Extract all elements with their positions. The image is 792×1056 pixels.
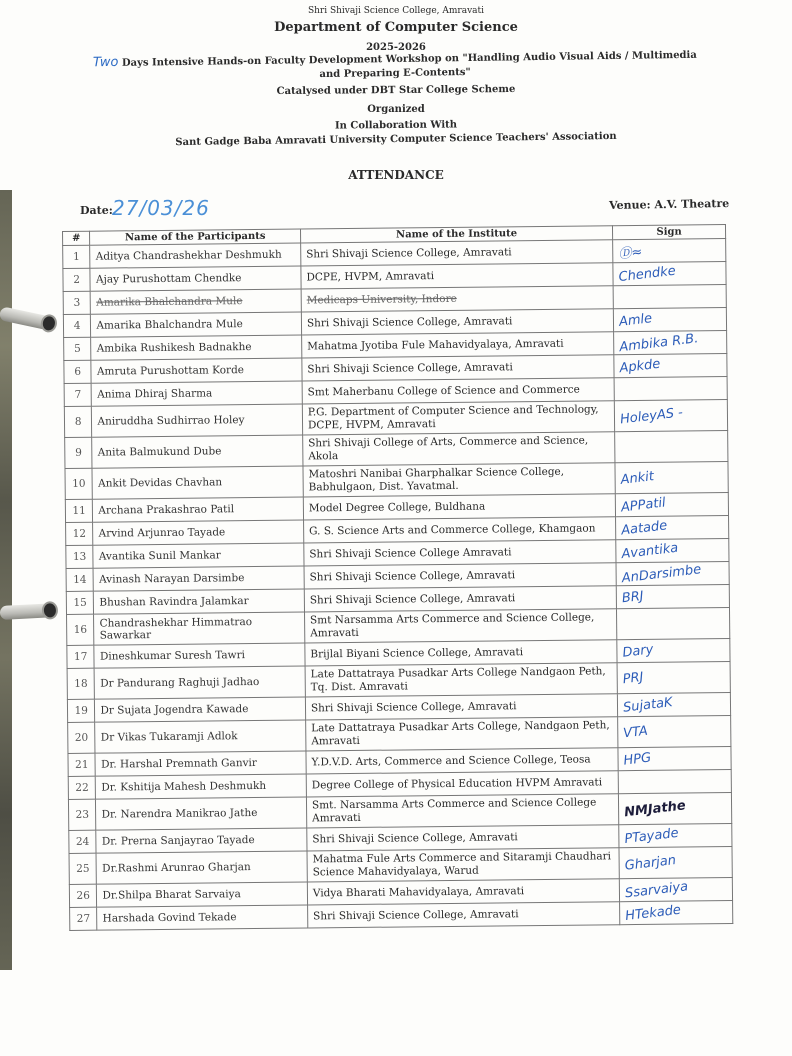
- institute-name: Mahatma Jyotiba Fule Mahavidyalaya, Amra…: [302, 332, 614, 358]
- signature-cell: Ⓓ≈: [613, 239, 726, 263]
- row-number: 16: [67, 614, 95, 645]
- row-number: 1: [63, 245, 91, 268]
- row-number: 10: [65, 468, 93, 499]
- signature-cell: AnDarsimbe: [616, 562, 729, 586]
- signature-cell: PRJ: [617, 662, 730, 694]
- participant-name: Archana Prakashrao Patil: [93, 497, 304, 522]
- row-number: 27: [70, 907, 98, 930]
- signature: Ssarvaiya: [624, 879, 689, 901]
- institute-name: Shri Shivaji Science College, Amravati: [307, 825, 619, 851]
- signature-cell: Chendke: [613, 262, 726, 286]
- participant-name: Avantika Sunil Mankar: [93, 543, 304, 568]
- signature-cell: Amle: [613, 308, 726, 332]
- signature: HTekade: [625, 902, 682, 923]
- signature-cell: PTayade: [619, 824, 732, 848]
- institute-name: Shri Shivaji Science College Amravati: [304, 540, 616, 566]
- participant-name: Amarika Bhalchandra Mule: [91, 312, 302, 337]
- signature-cell: BRJ: [616, 585, 729, 609]
- signature-cell: APPatil: [615, 493, 728, 517]
- row-number: 8: [64, 406, 92, 437]
- signature-cell: [617, 608, 730, 640]
- venue: Venue: A.V. Theatre: [609, 197, 729, 212]
- binder-ring-icon: [0, 603, 56, 620]
- signature: Aatade: [621, 518, 669, 538]
- institute-name: Shri Shivaji Science College, Amravati: [302, 355, 614, 381]
- participant-name: Aditya Chandrashekhar Deshmukh: [90, 243, 301, 268]
- signature: AnDarsimbe: [621, 562, 702, 586]
- row-number: 12: [66, 522, 94, 545]
- row-number: 19: [67, 699, 95, 722]
- signature-cell: Ankit: [615, 462, 728, 494]
- institute-name: Matoshri Nanibai Gharphalkar Science Col…: [303, 463, 615, 497]
- institute-name: Shri Shivaji Science College, Amravati: [304, 563, 616, 589]
- institute-name: Smt Narsamma Arts Commerce and Science C…: [304, 609, 616, 643]
- signature-cell: [618, 770, 731, 794]
- participant-name: Dr. Prerna Sanjayrao Tayade: [96, 828, 307, 853]
- institute-name: Y.D.V.D. Arts, Commerce and Science Coll…: [306, 748, 618, 774]
- participant-name: Ambika Rushikesh Badnakhe: [91, 335, 302, 360]
- institute-name: Late Dattatraya Pusadkar Arts College, N…: [306, 717, 618, 751]
- signature-cell: HTekade: [620, 901, 733, 925]
- row-number: 26: [69, 884, 97, 907]
- signature-cell: Aatade: [616, 516, 729, 540]
- row-number: 13: [66, 545, 94, 568]
- institute-name: Shri Shivaji Science College, Amravati: [304, 586, 616, 612]
- workshop-title-text: Days Intensive Hands-on Faculty Developm…: [122, 50, 697, 80]
- institute-name: Shri Shivaji Science College, Amravati: [301, 240, 613, 266]
- signature: Avantika: [621, 540, 679, 561]
- row-number: 6: [64, 360, 92, 383]
- row-number: 18: [67, 668, 95, 699]
- signature-cell: HoleyAS -: [614, 400, 727, 432]
- signature: VTA: [623, 723, 649, 741]
- signature-cell: HPG: [618, 747, 731, 771]
- signature: Dary: [622, 642, 655, 660]
- signature-cell: [614, 377, 727, 401]
- signature-cell: Avantika: [616, 539, 729, 563]
- organized-line: Organized: [0, 104, 792, 115]
- institute-name: Shri Shivaji Science College, Amravati: [301, 309, 613, 335]
- participant-name: Dr. Harshal Premnath Ganvir: [95, 751, 306, 776]
- attendance-rows: 1Aditya Chandrashekhar DeshmukhShri Shiv…: [63, 239, 733, 931]
- row-number: 23: [68, 799, 96, 830]
- date-label: Date:: [80, 204, 113, 217]
- signature: HPG: [623, 750, 652, 768]
- date-value: 27/03/26: [112, 196, 210, 220]
- signature: Gharjan: [624, 852, 677, 873]
- col-sign: Sign: [613, 225, 726, 240]
- participant-name: Ankit Devidas Chavhan: [92, 466, 303, 499]
- row-number: 17: [67, 645, 95, 668]
- participant-name: Anita Balmukund Dube: [92, 435, 303, 468]
- row-number: 7: [64, 383, 92, 406]
- participant-name: Ajay Purushottam Chendke: [90, 266, 301, 291]
- participant-name: Avinash Narayan Darsimbe: [93, 566, 304, 591]
- row-number: 5: [64, 337, 92, 360]
- participant-name: Dr.Rashmi Arunrao Gharjan: [96, 851, 307, 884]
- signature: Ambika R.B.: [619, 331, 699, 355]
- participant-name: Aniruddha Sudhirrao Holey: [92, 404, 303, 437]
- signature-cell: SujataK: [617, 693, 730, 717]
- row-number: 21: [68, 753, 96, 776]
- institute-name: Model Degree College, Buldhana: [303, 494, 615, 520]
- signature: BRJ: [621, 588, 644, 605]
- signature-cell: VTA: [618, 716, 731, 748]
- row-number: 4: [63, 314, 91, 337]
- college-name: Shri Shivaji Science College, Amravati: [0, 6, 792, 16]
- signature: Ⓓ≈: [617, 240, 643, 262]
- signature-cell: Dary: [617, 639, 730, 663]
- signature: SujataK: [622, 695, 673, 716]
- signature: Apkde: [619, 356, 661, 376]
- participant-name: Arvind Arjunrao Tayade: [93, 520, 304, 545]
- row-number: 3: [63, 291, 91, 314]
- row-number: 14: [66, 568, 94, 591]
- row-number: 11: [65, 499, 93, 522]
- institute-name: Medicaps University, Indore: [301, 286, 613, 312]
- institute-name: Smt Maherbanu College of Science and Com…: [302, 378, 614, 404]
- row-number: 25: [69, 853, 97, 884]
- signature-cell: Apkde: [614, 354, 727, 378]
- participant-name: Amarika Bhalchandra Mule: [91, 289, 302, 314]
- institute-name: Shri Shivaji College of Arts, Commerce a…: [303, 432, 615, 466]
- participant-name: Bhushan Ravindra Jalamkar: [94, 589, 305, 614]
- participant-name: Dr. Narendra Manikrao Jathe: [96, 797, 307, 830]
- signature-cell: Ssarvaiya: [619, 878, 732, 902]
- institute-name: Smt. Narsamma Arts Commerce and Science …: [306, 794, 618, 828]
- signature-cell: [613, 285, 726, 309]
- signature-cell: Ambika R.B.: [614, 331, 727, 355]
- institute-name: Brijlal Biyani Science College, Amravati: [305, 640, 617, 666]
- participant-name: Dr Sujata Jogendra Kawade: [95, 697, 306, 722]
- signature: HoleyAS -: [619, 405, 683, 427]
- institute-name: G. S. Science Arts and Commerce College,…: [303, 517, 615, 543]
- institute-name: Shri Shivaji Science College, Amravati: [305, 694, 617, 720]
- institute-name: DCPE, HVPM, Amravati: [301, 263, 613, 289]
- participant-name: Dineshkumar Suresh Tawri: [94, 643, 305, 668]
- signature: NMJathe: [624, 798, 687, 820]
- signature: PTayade: [624, 825, 680, 846]
- signature: Amle: [618, 311, 653, 330]
- sheet-title: ATTENDANCE: [0, 168, 792, 182]
- row-number: 20: [68, 722, 96, 753]
- row-number: 22: [68, 776, 96, 799]
- col-number: #: [63, 231, 91, 245]
- attendance-table: # Name of the Participants Name of the I…: [62, 224, 733, 931]
- workshop-title: Two Days Intensive Hands-on Faculty Deve…: [90, 48, 700, 86]
- signature: PRJ: [622, 669, 644, 686]
- institute-name: Late Dattatraya Pusadkar Arts College Na…: [305, 663, 617, 697]
- institute-name: Shri Shivaji Science College, Amravati: [308, 902, 620, 928]
- participant-name: Dr Pandurang Raghuji Jadhao: [95, 666, 306, 699]
- participant-name: Harshada Govind Tekade: [97, 905, 308, 930]
- participant-name: Anima Dhiraj Sharma: [92, 381, 303, 406]
- row-number: 2: [63, 268, 91, 291]
- participant-name: Chandrashekhar Himmatrao Sawarkar: [94, 612, 305, 645]
- participant-name: Amruta Purushottam Korde: [91, 358, 302, 383]
- signature-cell: [615, 431, 728, 463]
- institute-name: P.G. Department of Computer Science and …: [302, 401, 614, 435]
- signature-cell: NMJathe: [619, 793, 732, 825]
- signature-cell: Gharjan: [619, 847, 732, 879]
- row-number: 9: [65, 437, 93, 468]
- institute-name: Mahatma Fule Arts Commerce and Sitaramji…: [307, 848, 619, 882]
- row-number: 24: [69, 830, 97, 853]
- signature: Ankit: [620, 469, 655, 488]
- signature: Chendke: [618, 263, 677, 284]
- participant-name: Dr. Kshitija Mahesh Deshmukh: [96, 774, 307, 799]
- participant-name: Dr.Shilpa Bharat Sarvaiya: [97, 882, 308, 907]
- participant-name: Dr Vikas Tukaramji Adlok: [95, 720, 306, 753]
- row-number: 15: [66, 591, 94, 614]
- department-title: Department of Computer Science: [0, 20, 792, 35]
- institute-name: Vidya Bharati Mahavidyalaya, Amravati: [307, 879, 619, 905]
- institute-name: Degree College of Physical Education HVP…: [306, 771, 618, 797]
- signature: APPatil: [620, 495, 666, 515]
- handwritten-prefix: Two: [93, 55, 119, 70]
